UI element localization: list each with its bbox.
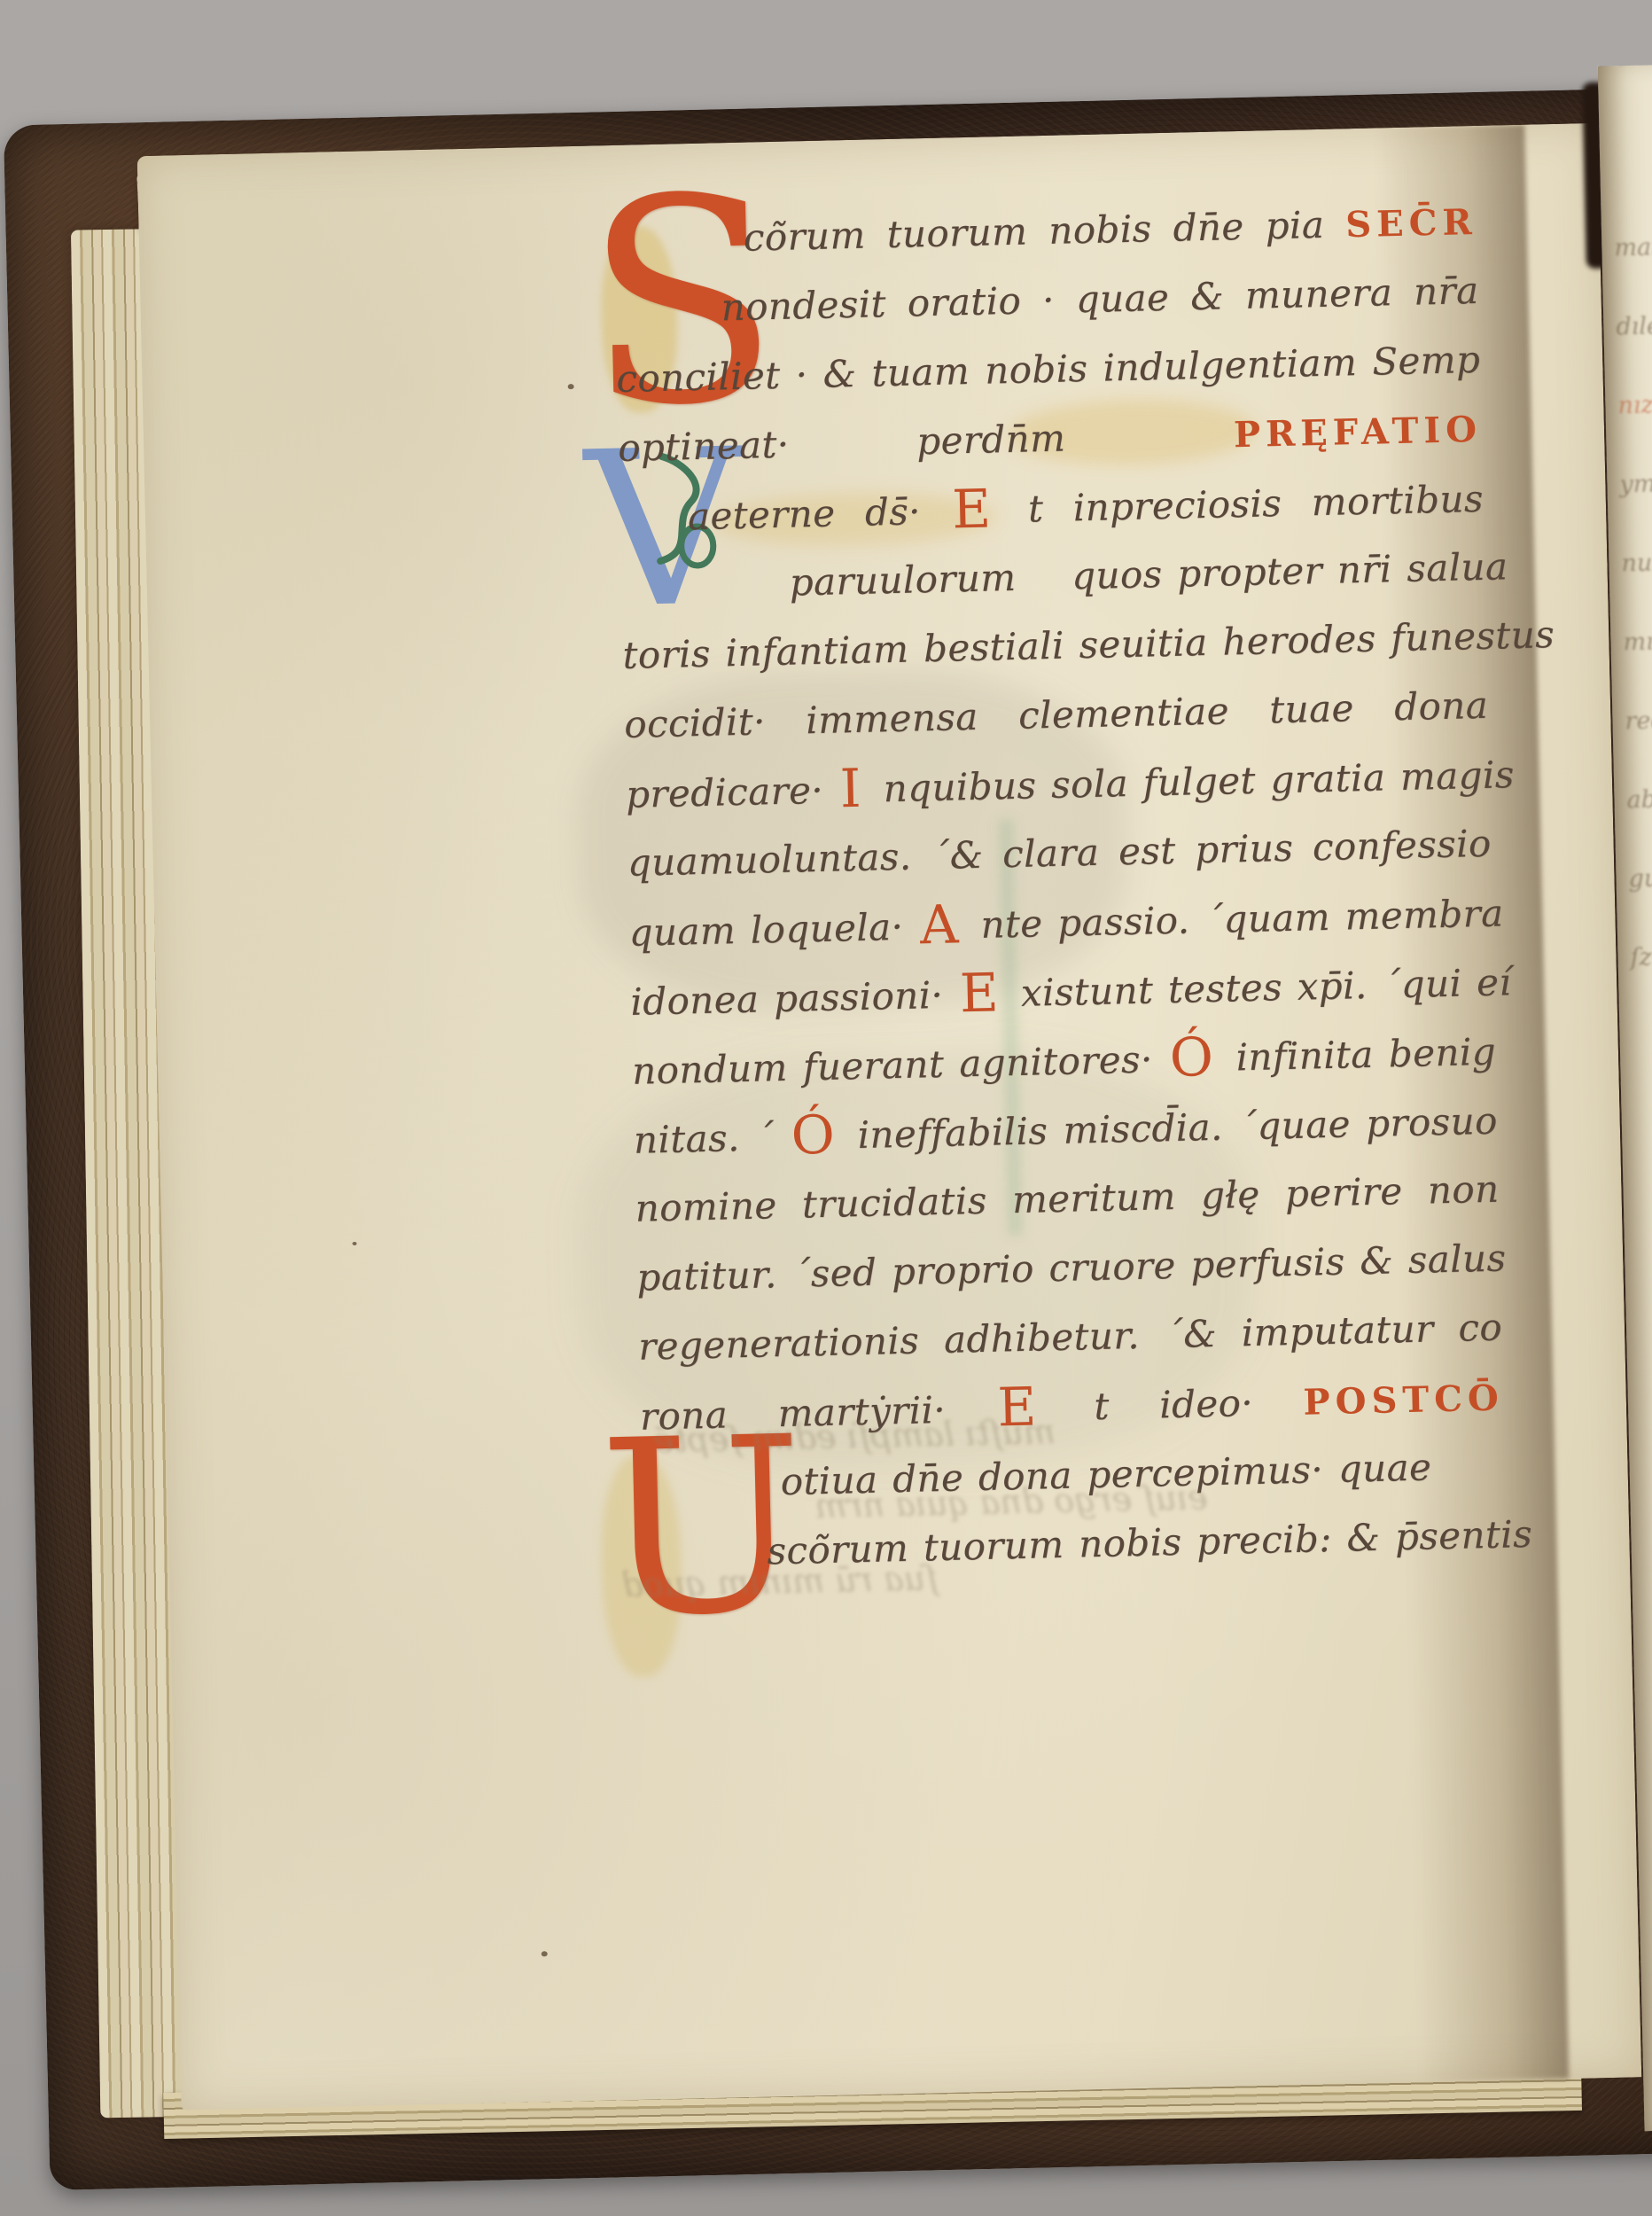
bleedthrough-text: ſua rū mınım quod — [621, 1558, 939, 1604]
line-text: patitur. ´sed proprio cruore perfusis & … — [636, 1236, 1507, 1299]
line-text: nomine trucidatis meritum głę perire non — [635, 1167, 1500, 1230]
line-text: aeterne ds̄· — [687, 489, 950, 539]
line-text: nitas. ´ — [633, 1115, 790, 1162]
bleedthrough-fragment: mat ym — [1614, 233, 1652, 262]
line-text: infinita benig — [1235, 1030, 1496, 1080]
line-text: quos propter nr̄i salua — [1071, 544, 1508, 597]
line-text: quamuoluntas. ´& clara est prius confess… — [627, 822, 1492, 885]
line-text: toris infantiam bestiali seuitia herodes… — [622, 613, 1555, 677]
rubric-prefatio: PRĘFATIO — [1234, 409, 1483, 456]
bleedthrough-fragment: ym ſ — [1619, 470, 1652, 499]
bleedthrough-fragment: rect ſ — [1625, 706, 1652, 736]
rubric-initial-i: I — [839, 758, 862, 821]
line-text: predicare· — [626, 768, 839, 815]
rubric-initial-e: E — [959, 962, 1000, 1025]
dust-speck — [352, 1242, 356, 1245]
dust-speck — [568, 384, 574, 389]
line-text: ineffabilis miscd̄ia. ´quae prosuo — [857, 1099, 1498, 1157]
line-text: nquibus sola fulget gratia magis — [883, 753, 1515, 810]
line-text: nte passio. ´quam membra — [980, 891, 1504, 946]
line-text: nondesit oratio · quae & munera nr̄a — [721, 269, 1479, 329]
line-text: cõrum tuorum nobis dn̄e pia — [743, 203, 1324, 260]
line-text: nondum fuerant agnitores· — [632, 1037, 1169, 1093]
line-text: t ideo· — [1094, 1380, 1304, 1428]
facing-page-text-column: mat ym dıledum nız ym ſ nute mılle rect … — [1614, 233, 1652, 971]
rubric-initial-e: E — [952, 478, 993, 541]
rubric-initial-a: A — [919, 893, 959, 956]
line-text: occidit· immensa clementiae tuae dona — [624, 683, 1489, 746]
line-text: regenerationis adhibetur. ´& imputatur c… — [638, 1306, 1503, 1369]
line-text: optineat· perdn̄m — [618, 417, 1066, 470]
rubric-initial-o: Ó — [1169, 1026, 1214, 1089]
line-text: paruulorum — [789, 556, 1017, 605]
book: S V U cõrum tuorum nobis dn̄e pia SEC̄R … — [4, 88, 1652, 2190]
bleedthrough-fragment: guadu — [1628, 864, 1652, 893]
bleedthrough-fragment: dıledum — [1616, 312, 1652, 341]
rubric-secr: SEC̄R — [1345, 201, 1477, 246]
line-text: idonea passioni· — [630, 972, 959, 1023]
bleedthrough-fragment: ſz — [1630, 943, 1652, 972]
line-text: quam loquela· — [628, 904, 918, 954]
bleedthrough-fragment: nute — [1621, 549, 1652, 578]
rubric-initial-o: Ó — [791, 1104, 836, 1167]
line-text: xistunt testes xp̄i. ´qui eí — [1020, 960, 1511, 1015]
rubric-postco: POSTCŌ — [1303, 1377, 1504, 1424]
manuscript-photo: S V U cõrum tuorum nobis dn̄e pia SEC̄R … — [0, 0, 1652, 2216]
bleedthrough-fragment: mılle — [1623, 628, 1652, 657]
line-text: conciliet · & tuam nobis indulgentiam Se… — [616, 338, 1481, 401]
dust-speck — [542, 1951, 548, 1956]
bleedthrough-fragment: abte — [1626, 785, 1652, 815]
bleedthrough-fragment-red: nız — [1617, 391, 1652, 420]
line-text: t inpreciosis mortibus — [1027, 477, 1484, 531]
